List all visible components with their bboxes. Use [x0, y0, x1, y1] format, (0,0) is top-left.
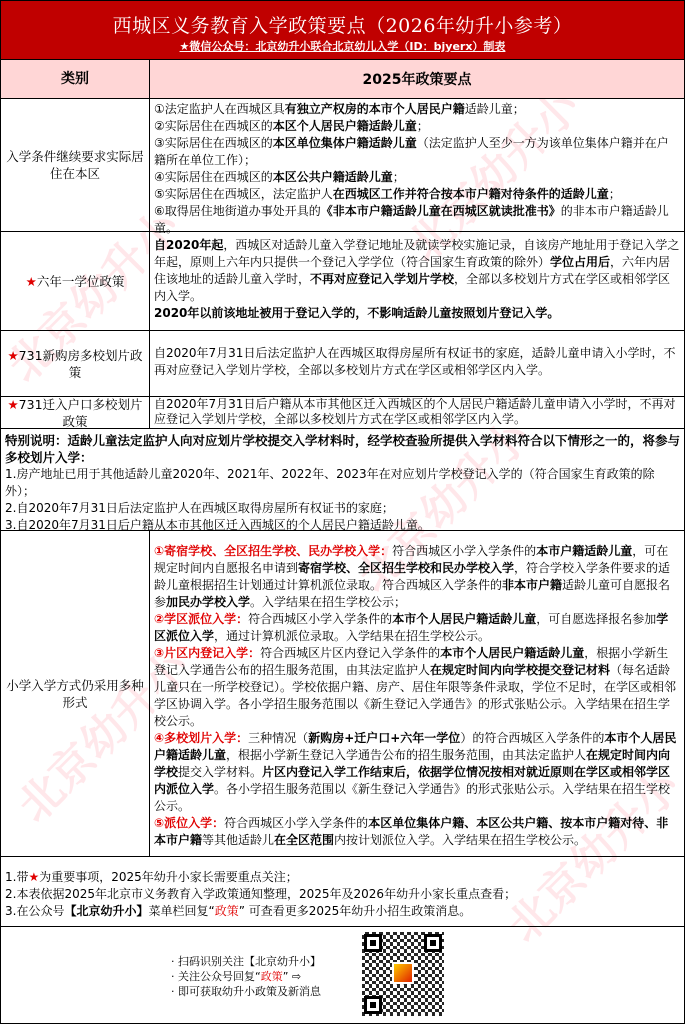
list-item: 2.自2020年7月31日后法定监护人在西城区取得房屋所有权证书的家庭；	[5, 500, 680, 517]
qr-code[interactable]	[362, 932, 444, 1016]
method-item: ③片区内登记入学：符合西城区片区内登记入学条件的本市个人居民户籍适龄儿童，根据小…	[154, 645, 680, 730]
row-category: ★731新购房多校划片政策	[1, 331, 150, 396]
table-row: 入学条件继续要求实际居住在本区 ①法定监护人在西城区具有独立产权房的本市个人居民…	[1, 99, 684, 232]
table-header-row: 类别 2025年政策要点	[1, 60, 684, 99]
qr-promo: · 扫码识别关注【北京幼升小】 · 关注公众号回复“政策” ⇨ · 即可获取幼升…	[1, 927, 684, 1023]
row-policy: ①寄宿学校、全区招生学校、民办学校入学：符合西城区小学入学条件的本市户籍适龄儿童…	[151, 531, 684, 856]
star-icon: ★	[28, 870, 39, 884]
policy-sheet: 北京幼升小 北京幼升小 北京幼升小 北京幼升小 北京幼升小 西城区义务教育入学政…	[0, 0, 685, 1024]
list-item: ④实际居住在西城区的本区公共户籍适龄儿童；	[154, 169, 680, 186]
qr-line: · 即可获取幼升小政策及新消息	[171, 984, 321, 999]
qr-instructions: · 扫码识别关注【北京幼升小】 · 关注公众号回复“政策” ⇨ · 即可获取幼升…	[171, 954, 321, 999]
special-note-heading: 特别说明：适龄儿童法定监护人向对应划片学校提交入学材料时，经学校查验所提供入学材…	[5, 432, 680, 466]
logo-icon	[392, 962, 414, 984]
row-category: ★731迁入户口多校划片政策	[1, 397, 150, 428]
method-item: ②学区派位入学：符合西城区小学入学条件的本市个人居民户籍适龄儿童，可自愿选择报名…	[154, 611, 680, 645]
row-policy: ①法定监护人在西城区具有独立产权房的本市个人居民户籍适龄儿童； ②实际居住在西城…	[151, 99, 684, 231]
page-title: 西城区义务教育入学政策要点（2026年幼升小参考）	[1, 1, 684, 37]
policy-paragraph: 自2020年起，西城区对适龄儿童入学登记地址及就读学校实施记录，自该房产地址用于…	[154, 237, 680, 305]
policy-paragraph: 2020年以前该地址被用于登记入学的，不影响适龄儿童按照划片登记入学。	[154, 305, 680, 322]
list-item: ③实际居住在西城区的本区单位集体户籍适龄儿童（法定监护人至少一方为该单位集体户籍…	[154, 135, 680, 169]
special-note-row: 特别说明：适龄儿童法定监护人向对应划片学校提交入学材料时，经学校查验所提供入学材…	[1, 429, 684, 531]
column-header-category: 类别	[1, 60, 150, 98]
footnote: 3.在公众号【北京幼升小】菜单栏回复“政策” 可查看更多2025年幼升小招生政策…	[5, 903, 680, 920]
method-item: ①寄宿学校、全区招生学校、民办学校入学：符合西城区小学入学条件的本市户籍适龄儿童…	[154, 543, 680, 611]
footnote: 2.本表依据2025年北京市义务教育入学政策通知整理，2025年及2026年幼升…	[5, 886, 680, 903]
table-row: 小学入学方式仍采用多种形式 ①寄宿学校、全区招生学校、民办学校入学：符合西城区小…	[1, 531, 684, 857]
row-policy: 自2020年7月31日后法定监护人在西城区取得房屋所有权证书的家庭，适龄儿童申请…	[151, 331, 684, 396]
list-item: ②实际居住在西城区的本区个人居民户籍适龄儿童；	[154, 118, 680, 135]
table-row: ★六年一学位政策 自2020年起，西城区对适龄儿童入学登记地址及就读学校实施记录…	[1, 232, 684, 331]
list-item: ①法定监护人在西城区具有独立产权房的本市个人居民户籍适龄儿童；	[154, 101, 680, 118]
page-subtitle: ★微信公众号：北京幼升小联合北京幼儿入学（ID：bjyerx）制表	[1, 40, 684, 54]
footnotes-row: 1.带★为重要事项，2025年幼升小家长需要重点关注； 2.本表依据2025年北…	[1, 857, 684, 927]
qr-line: · 扫码识别关注【北京幼升小】	[171, 954, 321, 969]
table-row: ★731迁入户口多校划片政策 自2020年7月31日后户籍从本市其他区迁入西城区…	[1, 397, 684, 429]
list-item: ⑤实际居住在西城区，法定监护人在西城区工作并符合按本市户籍对待条件的适龄儿童；	[154, 186, 680, 203]
row-policy: 自2020年起，西城区对适龄儿童入学登记地址及就读学校实施记录，自该房产地址用于…	[151, 232, 684, 330]
qr-line: · 关注公众号回复“政策” ⇨	[171, 969, 321, 984]
row-category: 小学入学方式仍采用多种形式	[1, 531, 150, 856]
sheet-header: 西城区义务教育入学政策要点（2026年幼升小参考） ★微信公众号：北京幼升小联合…	[1, 1, 684, 60]
row-category: ★六年一学位政策	[1, 232, 150, 330]
footnotes: 1.带★为重要事项，2025年幼升小家长需要重点关注； 2.本表依据2025年北…	[1, 857, 684, 926]
special-note: 特别说明：适龄儿童法定监护人向对应划片学校提交入学材料时，经学校查验所提供入学材…	[1, 429, 684, 530]
star-icon: ★	[7, 348, 18, 363]
column-header-policy: 2025年政策要点	[151, 60, 684, 98]
footnote: 1.带★为重要事项，2025年幼升小家长需要重点关注；	[5, 869, 680, 886]
star-icon: ★	[7, 397, 18, 412]
star-icon: ★	[26, 274, 37, 289]
method-item: ④多校划片入学：三种情况（新购房+迁户口+六年一学位）的符合西城区入学条件的本市…	[154, 730, 680, 815]
list-item: 1.房产地址已用于其他适龄儿童2020年、2021年、2022年、2023年在对…	[5, 466, 680, 500]
row-category: 入学条件继续要求实际居住在本区	[1, 99, 150, 231]
method-item: ⑤派位入学：符合西城区小学入学条件的本区单位集体户籍、本区公共户籍、按本市户籍对…	[154, 815, 680, 849]
table-row: ★731新购房多校划片政策 自2020年7月31日后法定监护人在西城区取得房屋所…	[1, 331, 684, 397]
row-policy: 自2020年7月31日后户籍从本市其他区迁入西城区的个人居民户籍适龄儿童申请入小…	[151, 397, 684, 428]
